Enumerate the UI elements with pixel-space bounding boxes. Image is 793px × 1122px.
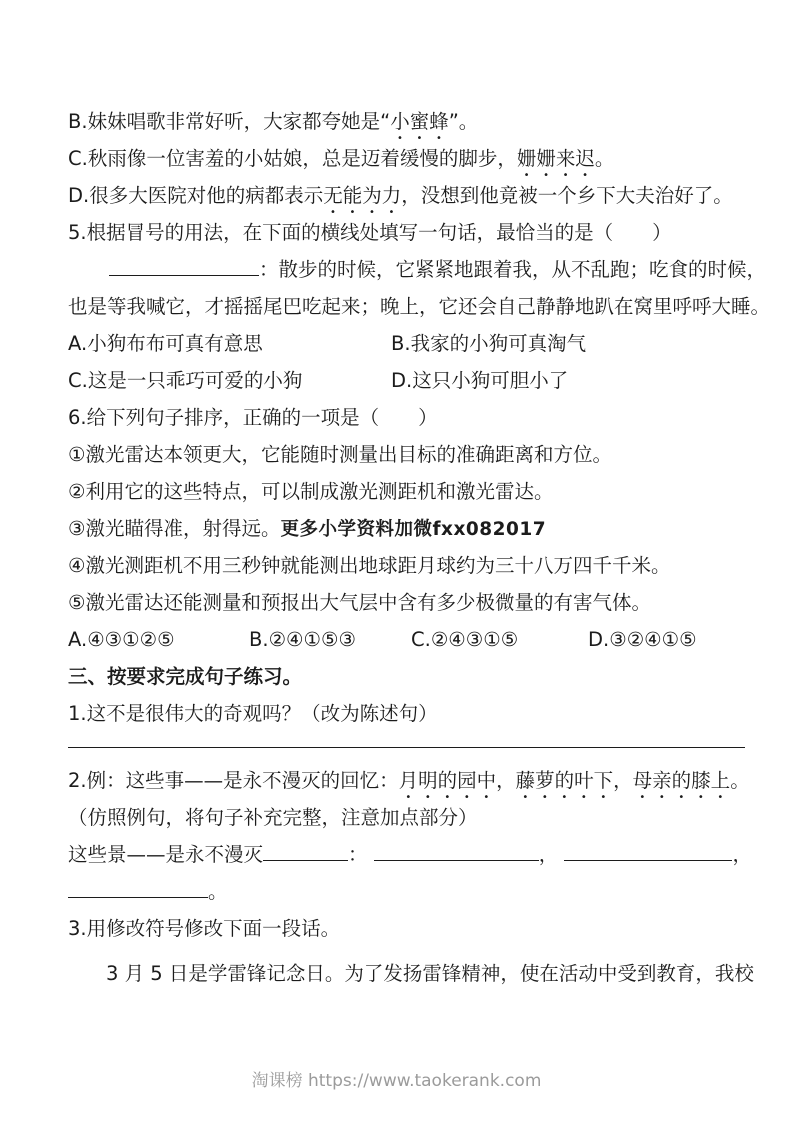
question-5-passage-line-1: ：散步的时候，它紧紧地跟着我，从不乱跑；吃食的时候， <box>68 251 745 288</box>
section-3-heading: 三、按要求完成句子练习。 <box>68 658 745 695</box>
spacer <box>68 947 745 955</box>
sentence-end-period: 。 <box>730 769 750 792</box>
section-3-question-3: 3.用修改符号修改下面一段话。 <box>68 910 745 947</box>
fill-blank <box>109 256 259 277</box>
fill-blank <box>374 841 539 862</box>
question-5-options-row-2: C.这是一只乖巧可爱的小狗D.这只小狗可胆小了 <box>68 362 745 399</box>
fill-blank <box>263 841 348 862</box>
option-d-text: D.很多大医院对他的病都表示 <box>68 184 323 207</box>
question-6-option-b: B.②④①⑤③ <box>249 621 411 658</box>
fill-comma: ， <box>732 843 752 866</box>
question-6-sentence-3-text: ③激光瞄得准，射得远。 <box>68 517 280 540</box>
question-2-note-text: （仿照例句，将句子补充完整，注意加点部分） <box>68 806 478 829</box>
question-2-emphasized-phrase-3: 母亲的膝上 <box>633 769 731 792</box>
question-6-sentence-4: ④激光测距机不用三秒钟就能测出地球距月球约为三十八万四千千米。 <box>68 547 745 584</box>
option-d-text-end: ，没想到他竟被一个乡下大夫治好了。 <box>401 184 733 207</box>
question-6-options-row: A.④③①②⑤B.②④①⑤③C.②④③①⑤D.③②④①⑤ <box>68 621 745 658</box>
section-3-heading-text: 三、按要求完成句子练习。 <box>68 665 302 688</box>
question-6-stem-text: 6.给下列句子排序，正确的一项是（ ） <box>68 406 438 429</box>
option-c-emphasized-phrase: 姗姗来迟 <box>517 147 595 170</box>
question-6-sentence-1: ①激光雷达本领更大，它能随时测量出目标的准确距离和方位。 <box>68 436 745 473</box>
question-6-stem: 6.给下列句子排序，正确的一项是（ ） <box>68 399 745 436</box>
separator-comma: ， <box>613 769 633 792</box>
worksheet-content: B.妹妹唱歌非常好听，大家都夸她是“小蜜蜂”。 C.秋雨像一位害羞的小姑娘，总是… <box>68 103 745 992</box>
question-6-sentence-5: ⑤激光雷达还能测量和预报出大气层中含有多少极微量的有害气体。 <box>68 584 745 621</box>
option-c-text: C.秋雨像一位害羞的小姑娘，总是迈着缓慢的脚步， <box>68 147 517 170</box>
fill-blank <box>564 841 732 862</box>
section-3-question-1-text: 1.这不是很伟大的奇观吗？（改为陈述句） <box>68 702 438 725</box>
worksheet-page: B.妹妹唱歌非常好听，大家都夸她是“小蜜蜂”。 C.秋雨像一位害羞的小姑娘，总是… <box>0 0 793 1122</box>
section-3-question-2-fill-line-1: 这些景——是永不漫灭： ， ， <box>68 836 745 873</box>
footer-watermark-text: 淘课榜 https://www.taokerank.com <box>252 1071 542 1091</box>
option-b-line: B.妹妹唱歌非常好听，大家都夸她是“小蜜蜂”。 <box>68 103 745 140</box>
separator-comma: ， <box>496 769 516 792</box>
option-c-line: C.秋雨像一位害羞的小姑娘，总是迈着缓慢的脚步，姗姗来迟。 <box>68 140 745 177</box>
fill-blank <box>68 878 208 899</box>
option-d-line: D.很多大医院对他的病都表示无能为力，没想到他竟被一个乡下大夫治好了。 <box>68 177 745 214</box>
section-3-question-1: 1.这不是很伟大的奇观吗？（改为陈述句） <box>68 695 745 732</box>
question-5-options-row-1: A.小狗布布可真有意思B.我家的小狗可真淘气 <box>68 325 745 362</box>
fill-colon: ： <box>348 843 368 866</box>
question-6-sentence-2-text: ②利用它的这些特点，可以制成激光测距机和激光雷达。 <box>68 480 553 503</box>
section-3-question-2-fill-line-2: 。 <box>68 873 745 910</box>
correction-paragraph-text: 3 月 5 日是学雷锋记念日。为了发扬雷锋精神，使在活动中受到教育，我校 <box>106 962 754 985</box>
question-6-option-d: D.③②④①⑤ <box>588 628 697 651</box>
question-6-sentence-5-text: ⑤激光雷达还能测量和预报出大气层中含有多少极微量的有害气体。 <box>68 591 651 614</box>
question-5-option-d: D.这只小狗可胆小了 <box>391 369 568 392</box>
answer-line <box>68 747 745 748</box>
question-6-option-a: A.④③①②⑤ <box>68 621 249 658</box>
section-3-question-2-note: （仿照例句，将句子补充完整，注意加点部分） <box>68 799 745 836</box>
option-b-text: B.妹妹唱歌非常好听，大家都夸她是“ <box>68 110 390 133</box>
section-3-question-3-text: 3.用修改符号修改下面一段话。 <box>68 917 340 940</box>
question-5-passage-text-1: ：散步的时候，它紧紧地跟着我，从不乱跑；吃食的时候， <box>259 258 766 281</box>
answer-line-wrap <box>68 732 745 762</box>
inline-watermark-text: 更多小学资料加微fxx082017 <box>280 519 546 540</box>
question-6-sentence-3: ③激光瞄得准，射得远。更多小学资料加微fxx082017 <box>68 510 745 547</box>
option-b-emphasized-phrase: 小蜜蜂 <box>390 110 449 133</box>
question-6-sentence-2: ②利用它的这些特点，可以制成激光测距机和激光雷达。 <box>68 473 745 510</box>
question-2-fill-prefix: 这些景——是永不漫灭 <box>68 843 263 866</box>
section-3-question-2-example: 2.例：这些事——是永不漫灭的回忆：月明的园中，藤萝的叶下，母亲的膝上。 <box>68 762 745 799</box>
correction-paragraph: 3 月 5 日是学雷锋记念日。为了发扬雷锋精神，使在活动中受到教育，我校 <box>68 955 745 992</box>
question-5-option-a: A.小狗布布可真有意思 <box>68 325 391 362</box>
question-2-emphasized-phrase-2: 藤萝的叶下 <box>516 769 614 792</box>
option-b-text-end: ”。 <box>449 110 479 133</box>
fill-comma: ， <box>539 843 559 866</box>
question-5-passage-text-2: 也是等我喊它，才摇摇尾巴吃起来；晚上，它还会自己静静地趴在窝里呼呼大睡。 <box>68 295 770 318</box>
option-d-emphasized-phrase: 无能为力 <box>323 184 401 207</box>
option-c-text-end: 。 <box>595 147 615 170</box>
question-5-option-b: B.我家的小狗可真淘气 <box>391 332 586 355</box>
question-2-emphasized-phrase-1: 月明的园中 <box>399 769 497 792</box>
question-6-option-c: C.②④③①⑤ <box>411 621 588 658</box>
question-5-stem: 5.根据冒号的用法，在下面的横线处填写一句话，最恰当的是（ ） <box>68 214 745 251</box>
question-5-passage-line-2: 也是等我喊它，才摇摇尾巴吃起来；晚上，它还会自己静静地趴在窝里呼呼大睡。 <box>68 288 745 325</box>
question-6-sentence-1-text: ①激光雷达本领更大，它能随时测量出目标的准确距离和方位。 <box>68 443 612 466</box>
question-6-sentence-4-text: ④激光测距机不用三秒钟就能测出地球距月球约为三十八万四千千米。 <box>68 554 670 577</box>
question-5-option-c: C.这是一只乖巧可爱的小狗 <box>68 362 391 399</box>
question-5-stem-text: 5.根据冒号的用法，在下面的横线处填写一句话，最恰当的是（ ） <box>68 221 672 244</box>
footer-watermark: 淘课榜 https://www.taokerank.com <box>0 1066 793 1091</box>
question-2-example-text: 2.例：这些事——是永不漫灭的回忆： <box>68 769 399 792</box>
fill-period: 。 <box>208 880 228 903</box>
